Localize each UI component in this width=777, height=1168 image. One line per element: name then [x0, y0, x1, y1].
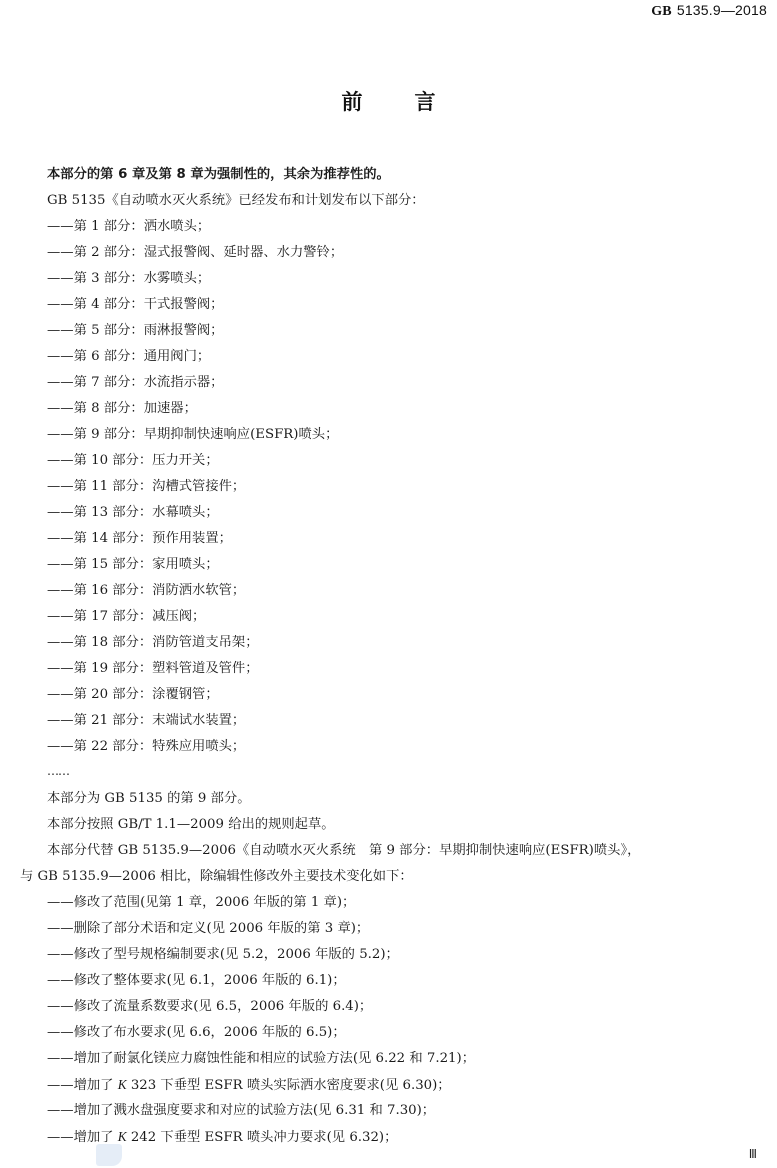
part-item: ——第 21 部分：末端试水装置； — [47, 708, 245, 734]
change-suffix: 323 下垂型 ESFR 喷头实际洒水密度要求(见 6.30)； — [127, 1078, 451, 1093]
part-item: ——第 14 部分：预作用装置； — [47, 526, 232, 552]
part-item: ——第 6 部分：通用阀门； — [47, 344, 210, 370]
part-item: ——第 8 部分：加速器； — [47, 396, 197, 422]
drafting-statement: 本部分按照 GB/T 1.1—2009 给出的规则起草。 — [47, 812, 335, 838]
page-number: Ⅲ — [749, 1147, 757, 1162]
change-item: ——修改了布水要求(见 6.6，2006 年版的 6.5)； — [47, 1020, 346, 1046]
change-prefix: ——增加了 — [47, 1078, 118, 1093]
replaces-statement: 本部分代替 GB 5135.9—2006《自动喷水灭火系统 第 9 部分：早期抑… — [47, 838, 640, 864]
change-item: ——修改了范围(见第 1 章，2006 年版的第 1 章)； — [47, 890, 355, 916]
k-factor-symbol: K — [118, 1129, 127, 1144]
part-item: ——第 18 部分：消防管道支吊架； — [47, 630, 259, 656]
part-item: ——第 2 部分：湿式报警阀、延时器、水力警铃； — [47, 240, 343, 266]
part-item: ——第 19 部分：塑料管道及管件； — [47, 656, 259, 682]
k-factor-symbol: K — [118, 1077, 127, 1092]
change-suffix: 242 下垂型 ESFR 喷头冲力要求(见 6.32)； — [127, 1130, 398, 1145]
change-item: ——增加了耐氯化镁应力腐蚀性能和相应的试验方法(见 6.22 和 7.21)； — [47, 1046, 475, 1072]
page-title: 前言 — [0, 86, 777, 116]
part-item: ——第 3 部分：水雾喷头； — [47, 266, 210, 292]
standard-number: 5135.9—2018 — [677, 2, 767, 18]
part-item: ——第 10 部分：压力开关； — [47, 448, 219, 474]
part-item: ——第 20 部分：涂覆钢管； — [47, 682, 219, 708]
part-item: ——第 9 部分：早期抑制快速响应(ESFR)喷头； — [47, 422, 338, 448]
part-item: ——第 5 部分：雨淋报警阀； — [47, 318, 223, 344]
part-item: ——第 13 部分：水幕喷头； — [47, 500, 219, 526]
part-of-statement: 本部分为 GB 5135 的第 9 部分。 — [47, 786, 251, 812]
change-item: ——修改了整体要求(见 6.1，2006 年版的 6.1)； — [47, 968, 346, 994]
part-item: ——第 7 部分：水流指示器； — [47, 370, 223, 396]
change-item: ——修改了流量系数要求(见 6.5，2006 年版的 6.4)； — [47, 994, 372, 1020]
change-item: ——增加了 K 323 下垂型 ESFR 喷头实际洒水密度要求(见 6.30)； — [47, 1072, 451, 1099]
change-item: ——增加了溅水盘强度要求和对应的试验方法(见 6.31 和 7.30)； — [47, 1098, 435, 1124]
standard-code: GB5135.9—2018 — [651, 2, 767, 20]
part-item: ——第 1 部分：洒水喷头； — [47, 214, 210, 240]
part-item: ——第 15 部分：家用喷头； — [47, 552, 219, 578]
change-prefix: ——增加了 — [47, 1130, 118, 1145]
change-prefix: ——增加了溅水盘强度要求和对应的试验方法(见 6.31 和 7.30)； — [47, 1103, 435, 1118]
standard-prefix: GB — [651, 4, 672, 19]
change-item: ——修改了型号规格编制要求(见 5.2，2006 年版的 5.2)； — [47, 942, 399, 968]
part-item: ——第 11 部分：沟槽式管接件； — [47, 474, 245, 500]
watermark-logo — [96, 1144, 122, 1166]
change-item: ——删除了部分术语和定义(见 2006 年版的第 3 章)； — [47, 916, 369, 942]
part-item: ——第 17 部分：减压阀； — [47, 604, 205, 630]
part-item: ——第 16 部分：消防洒水软管； — [47, 578, 245, 604]
part-item: ——第 4 部分：干式报警阀； — [47, 292, 223, 318]
part-item: ——第 22 部分：特殊应用喷头； — [47, 734, 245, 760]
series-intro: GB 5135《自动喷水灭火系统》已经发布和计划发布以下部分： — [47, 188, 425, 214]
replaces-statement-continued: 与 GB 5135.9—2006 相比，除编辑性修改外主要技术变化如下： — [20, 864, 413, 890]
mandatory-statement: 本部分的第 6 章及第 8 章为强制性的，其余为推荐性的。 — [47, 162, 390, 188]
ellipsis: …… — [47, 758, 69, 784]
